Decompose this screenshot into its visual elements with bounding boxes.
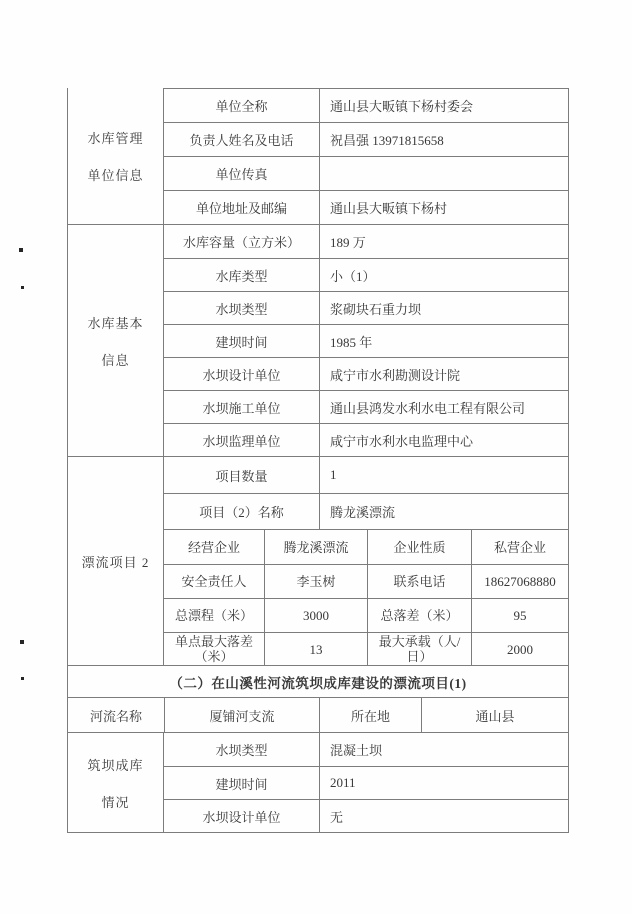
section-rows: 项目数量 1 项目（2）名称 腾龙溪漂流 经营企业 腾龙溪漂流 企业性质 私营企…	[164, 457, 568, 665]
group-label-line: 筑坝成库	[87, 755, 143, 774]
field-label: 水坝类型	[164, 733, 319, 766]
section-rows: 水库容量（立方米） 189 万 水库类型 小（1） 水坝类型 浆砌块石重力坝 建…	[164, 225, 568, 456]
table-row-capacity: 水库容量（立方米） 189 万	[164, 225, 568, 258]
section-rows: 水坝类型 混凝土坝 建坝时间 2011 水坝设计单位 无	[164, 733, 568, 832]
section-drift-project-2: 漂流项目 2 项目数量 1 项目（2）名称 腾龙溪漂流 经营企业 腾龙溪漂流 企…	[68, 456, 568, 665]
table-row-safety-officer: 安全责任人 李玉树 联系电话 18627068880	[164, 564, 568, 598]
scanned-document-page: 水库管理 单位信息 单位全称 通山县大畈镇下杨村委会 负责人姓名及电话 祝昌强 …	[0, 0, 632, 914]
field-value: 无	[319, 800, 568, 832]
field-value: 2000	[471, 633, 568, 665]
part2-section-header: （二）在山溪性河流筑坝成库建设的漂流项目(1)	[68, 665, 568, 697]
field-label: 水库容量（立方米）	[164, 225, 319, 258]
group-label-line: 情况	[101, 792, 129, 811]
table-row-operator: 经营企业 腾龙溪漂流 企业性质 私营企业	[164, 529, 568, 564]
field-value: 厦铺河支流	[164, 698, 319, 732]
field-label: 联系电话	[367, 565, 471, 598]
field-label: 单位地址及邮编	[164, 191, 319, 224]
section-rows: 单位全称 通山县大畈镇下杨村委会 负责人姓名及电话 祝昌强 1397181565…	[164, 88, 568, 224]
field-label: 经营企业	[164, 530, 264, 564]
field-value: 腾龙溪漂流	[319, 494, 568, 529]
scan-speck	[19, 248, 23, 252]
field-value: 通山县鸿发水利水电工程有限公司	[319, 391, 568, 423]
field-label: 建坝时间	[164, 325, 319, 357]
form-table: 水库管理 单位信息 单位全称 通山县大畈镇下杨村委会 负责人姓名及电话 祝昌强 …	[67, 88, 569, 833]
field-value: 浆砌块石重力坝	[319, 292, 568, 324]
field-value: 通山县大畈镇下杨村委会	[319, 89, 568, 122]
table-row-reservoir-type: 水库类型 小（1）	[164, 258, 568, 291]
field-value: 18627068880	[471, 565, 568, 598]
table-row-design-unit: 水坝设计单位 咸宁市水利勘测设计院	[164, 357, 568, 390]
table-row-dam-built-year-2: 建坝时间 2011	[164, 766, 568, 799]
field-label: 总漂程（米）	[164, 599, 264, 632]
group-label-drift-project-2: 漂流项目 2	[68, 457, 164, 665]
field-label: 河流名称	[68, 698, 164, 732]
field-value: 13	[264, 633, 367, 665]
table-row-dam-type: 水坝类型 浆砌块石重力坝	[164, 291, 568, 324]
table-row-contact: 负责人姓名及电话 祝昌强 13971815658	[164, 122, 568, 156]
field-label: 总落差（米）	[367, 599, 471, 632]
table-row-supervision-unit: 水坝监理单位 咸宁市水利水电监理中心	[164, 423, 568, 456]
field-label: 水库类型	[164, 259, 319, 291]
field-value: 1985 年	[319, 325, 568, 357]
scan-speck	[21, 286, 24, 289]
table-row-drift-length: 总漂程（米） 3000 总落差（米） 95	[164, 598, 568, 632]
field-value: 通山县	[421, 698, 568, 732]
field-value: 2011	[319, 767, 568, 799]
field-value: 李玉树	[264, 565, 367, 598]
scan-speck	[20, 640, 24, 644]
table-row-dam-type-2: 水坝类型 混凝土坝	[164, 733, 568, 766]
field-label: 水坝设计单位	[164, 800, 319, 832]
field-label: 水坝监理单位	[164, 424, 319, 456]
table-row-river: 河流名称 厦铺河支流 所在地 通山县	[68, 697, 568, 732]
field-label: 水坝类型	[164, 292, 319, 324]
table-row-construction-unit: 水坝施工单位 通山县鸿发水利水电工程有限公司	[164, 390, 568, 423]
field-value: 通山县大畈镇下杨村	[319, 191, 568, 224]
table-row-fax: 单位传真	[164, 156, 568, 190]
table-row-address: 单位地址及邮编 通山县大畈镇下杨村	[164, 190, 568, 224]
field-label: 单位传真	[164, 157, 319, 190]
field-value: 祝昌强 13971815658	[319, 123, 568, 156]
field-label: 负责人姓名及电话	[164, 123, 319, 156]
field-value: 189 万	[319, 225, 568, 258]
field-value: 腾龙溪漂流	[264, 530, 367, 564]
field-label: 最大承载（人/日）	[367, 633, 471, 665]
field-value	[319, 157, 568, 190]
field-label: 安全责任人	[164, 565, 264, 598]
group-label-reservoir-basic: 水库基本 信息	[68, 225, 164, 456]
field-label: 项目（2）名称	[164, 494, 319, 529]
field-label: 所在地	[319, 698, 421, 732]
group-label-reservoir-management: 水库管理 单位信息	[68, 88, 164, 224]
table-row-project-name: 项目（2）名称 腾龙溪漂流	[164, 493, 568, 529]
group-label-line: 水库管理	[87, 128, 143, 147]
field-label: 水坝施工单位	[164, 391, 319, 423]
group-label-line: 信息	[101, 350, 129, 369]
scan-speck	[21, 677, 24, 680]
section-dam-reservoir: 筑坝成库 情况 水坝类型 混凝土坝 建坝时间 2011 水坝设计单位 无	[68, 732, 568, 832]
field-value: 咸宁市水利勘测设计院	[319, 358, 568, 390]
section-reservoir-management: 水库管理 单位信息 单位全称 通山县大畈镇下杨村委会 负责人姓名及电话 祝昌强 …	[68, 88, 568, 224]
field-value: 咸宁市水利水电监理中心	[319, 424, 568, 456]
group-label-line: 水库基本	[87, 313, 143, 332]
field-label: 企业性质	[367, 530, 471, 564]
field-value: 混凝土坝	[319, 733, 568, 766]
field-value: 1	[319, 457, 568, 493]
group-label-line: 漂流项目 2	[82, 552, 150, 571]
field-value: 3000	[264, 599, 367, 632]
field-value: 小（1）	[319, 259, 568, 291]
table-row-max-drop: 单点最大落差（米） 13 最大承载（人/日） 2000	[164, 632, 568, 665]
table-row-design-unit-2: 水坝设计单位 无	[164, 799, 568, 832]
field-label: 水坝设计单位	[164, 358, 319, 390]
table-row-project-count: 项目数量 1	[164, 457, 568, 493]
group-label-dam-reservoir: 筑坝成库 情况	[68, 733, 164, 832]
table-row-unit-name: 单位全称 通山县大畈镇下杨村委会	[164, 88, 568, 122]
field-label: 单点最大落差（米）	[164, 633, 264, 665]
group-label-line: 单位信息	[87, 165, 143, 184]
section-reservoir-basic: 水库基本 信息 水库容量（立方米） 189 万 水库类型 小（1） 水坝类型 浆…	[68, 224, 568, 456]
field-label: 单位全称	[164, 89, 319, 122]
table-row-dam-built-year: 建坝时间 1985 年	[164, 324, 568, 357]
field-label: 建坝时间	[164, 767, 319, 799]
field-value: 95	[471, 599, 568, 632]
field-label: 项目数量	[164, 457, 319, 493]
field-value: 私营企业	[471, 530, 568, 564]
